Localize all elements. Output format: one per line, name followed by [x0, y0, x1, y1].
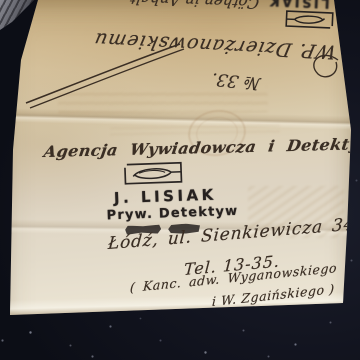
inverted-handwriting-line-2: WP. Dzierżanowskiemu — [72, 27, 338, 62]
stamp-box-ornament-icon — [282, 8, 335, 30]
folded-letter-paper: Cöthen in Anhalt WP. Dzierżanowskiemu № … — [0, 0, 360, 360]
inverted-handwriting-line-1: Cöthen in Anhalt — [83, 0, 261, 12]
stamp-logo-icon — [119, 159, 190, 187]
corner-stamp-fragment: J. LISIAK — [265, 0, 353, 33]
agency-headline-handwriting: Agencja Wywiadowcza i Detektywne — [43, 133, 360, 161]
photo-of-letter: Cöthen in Anhalt WP. Dzierżanowskiemu № … — [0, 0, 360, 360]
